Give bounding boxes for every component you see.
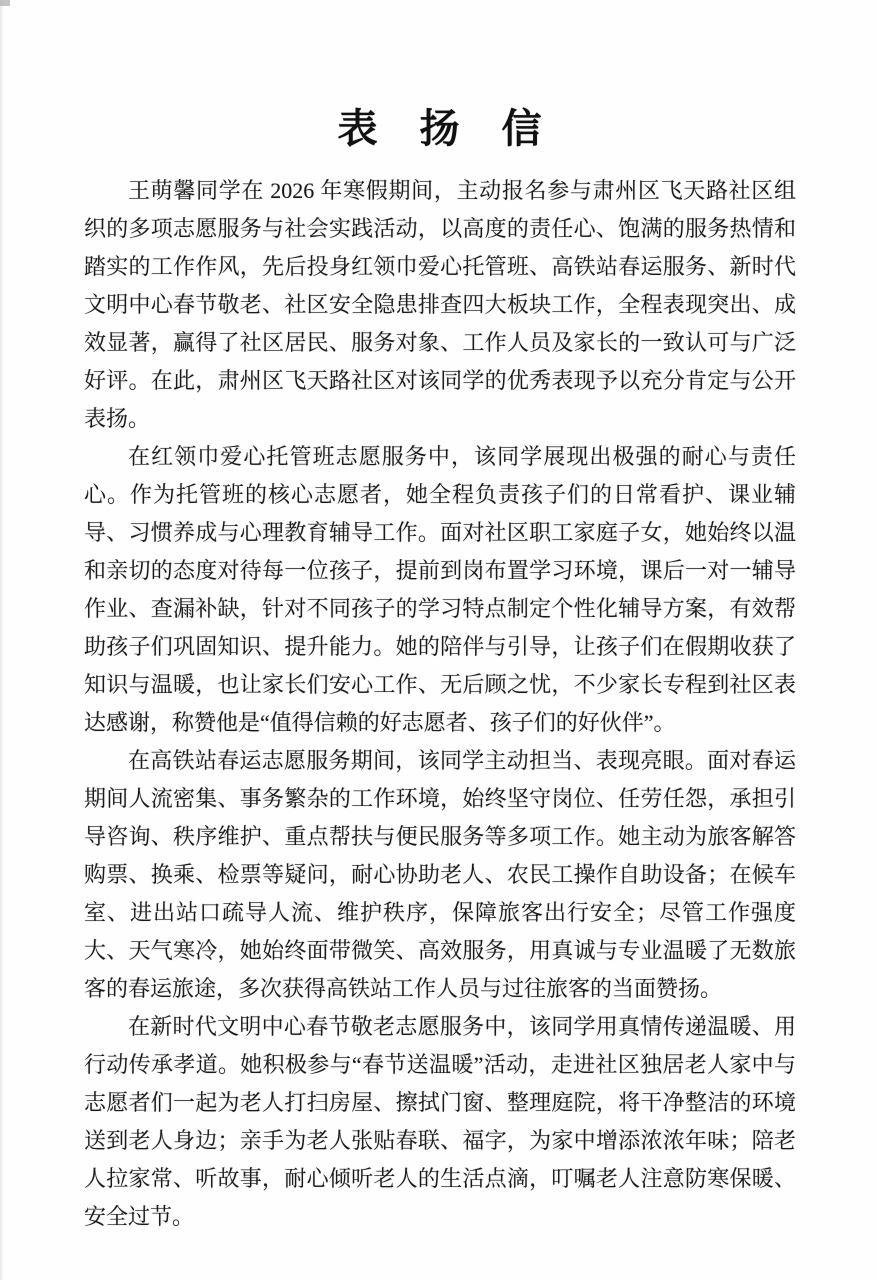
letter-paragraph-daycare-service: 在红领巾爱心托管班志愿服务中，该同学展现出极强的耐心与责任心。作为托管班的核心志… (84, 438, 796, 742)
letter-paragraph-elderly-service: 在新时代文明中心春节敬老志愿服务中，该同学用真情传递温暖、用行动传承孝道。她积极… (84, 1008, 796, 1236)
document-page: 表 扬 信 王萌馨同学在 2026 年寒假期间，主动报名参与肃州区飞天路社区组织… (0, 0, 877, 1280)
letter-paragraph-intro: 王萌馨同学在 2026 年寒假期间，主动报名参与肃州区飞天路社区组织的多项志愿服… (84, 172, 796, 438)
letter-paragraph-railway-service: 在高铁站春运志愿服务期间，该同学主动担当、表现亮眼。面对春运期间人流密集、事务繁… (84, 742, 796, 1008)
scan-artifact (0, 0, 10, 6)
scan-edge-shadow (0, 0, 4, 1280)
letter-body: 表 扬 信 王萌馨同学在 2026 年寒假期间，主动报名参与肃州区飞天路社区组织… (84, 104, 796, 1236)
letter-title: 表 扬 信 (84, 104, 796, 154)
